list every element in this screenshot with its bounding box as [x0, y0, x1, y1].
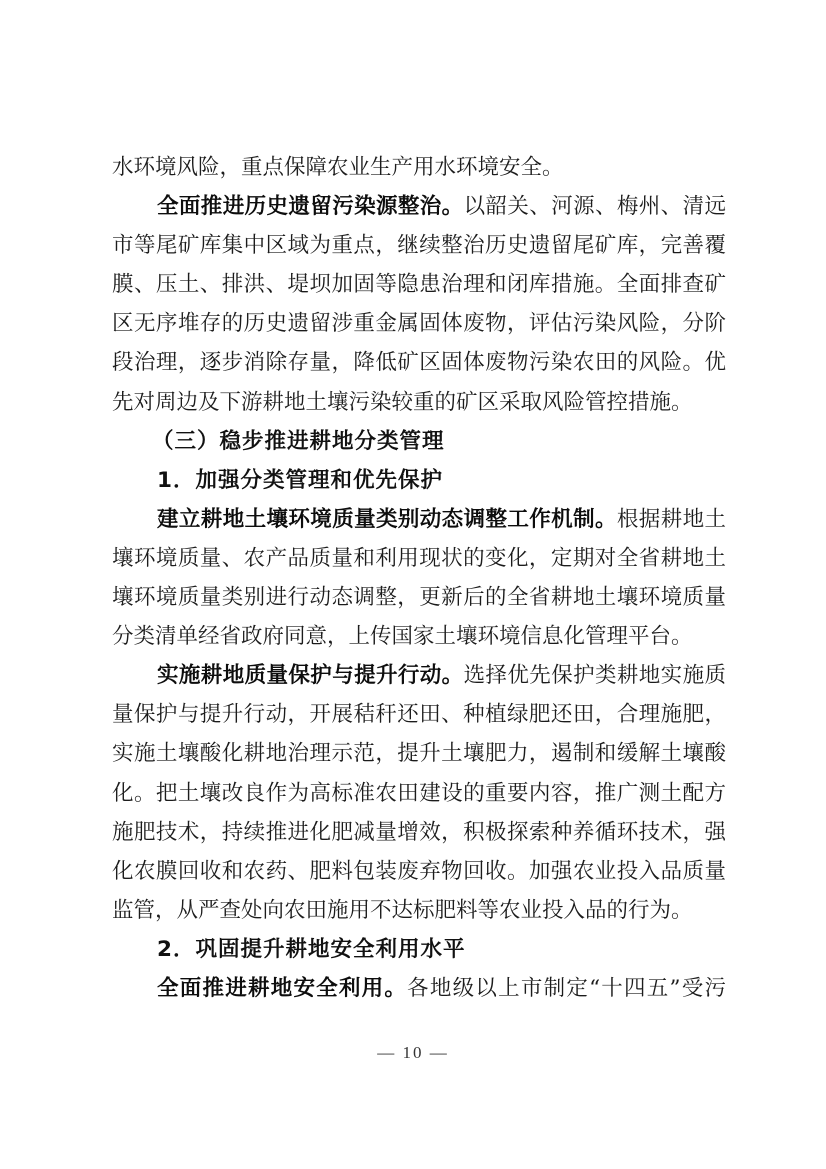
line-text: 分类清单经省政府同意，上传国家土壤环境信息化管理平台。	[112, 624, 693, 649]
paragraph-line: 监管，从严查处向农田施用不达标肥料等农业投入品的行为。	[112, 891, 726, 930]
paragraph-line: 量保护与提升行动，开展秸秆还田、种植绿肥还田，合理施肥，	[112, 695, 726, 734]
line-text: 监管，从严查处向农田施用不达标肥料等农业投入品的行为。	[112, 898, 693, 923]
paragraph-line: 化农膜回收和农药、肥料包装废弃物回收。加强农业投入品质量	[112, 852, 726, 891]
line-text: 化农膜回收和农药、肥料包装废弃物回收。加强农业投入品质量	[112, 859, 726, 884]
line-text: 市等尾矿库集中区域为重点，继续整治历史遗留尾矿库，完善覆	[112, 233, 726, 258]
paragraph-line: 段治理，逐步消除存量，降低矿区固体废物污染农田的风险。优	[112, 343, 726, 382]
paragraph-line: 先对周边及下游耕地土壤污染较重的矿区采取风险管控措施。	[112, 383, 726, 422]
line-text: 施肥技术，持续推进化肥减量增效，积极探索种养循环技术，强	[112, 820, 726, 845]
body-text: 水环境风险，重点保障农业生产用水环境安全。 全面推进历史遗留污染源整治。以韶关、…	[112, 148, 726, 1008]
subsection-heading: 2．巩固提升耕地安全利用水平	[112, 930, 726, 969]
paragraph-line: 壤环境质量、农产品质量和利用现状的变化，定期对全省耕地土	[112, 539, 726, 578]
paragraph-line: 市等尾矿库集中区域为重点，继续整治历史遗留尾矿库，完善覆	[112, 226, 726, 265]
line-text: 化。把土壤改良作为高标准农田建设的重要内容，推广测土配方	[112, 781, 726, 806]
line-text: 膜、压土、排洪、堤坝加固等隐患治理和闭库措施。全面排查矿	[112, 272, 726, 297]
line-text: 壤环境质量类别进行动态调整，更新后的全省耕地土壤环境质量	[112, 585, 726, 610]
paragraph-line: 分类清单经省政府同意，上传国家土壤环境信息化管理平台。	[112, 617, 726, 656]
paragraph-lead-bold: 全面推进耕地安全利用。	[157, 976, 407, 1001]
paragraph-line: 实施耕地质量保护与提升行动。选择优先保护类耕地实施质	[112, 656, 726, 695]
line-text: 壤环境质量、农产品质量和利用现状的变化，定期对全省耕地土	[112, 546, 726, 571]
line-text: 区无序堆存的历史遗留涉重金属固体废物，评估污染风险，分阶	[112, 311, 726, 336]
paragraph-line: 全面推进耕地安全利用。各地级以上市制定“十四五”受污	[112, 969, 726, 1008]
paragraph-line: 实施土壤酸化耕地治理示范，提升土壤肥力，遏制和缓解土壤酸	[112, 734, 726, 773]
paragraph-line: 全面推进历史遗留污染源整治。以韶关、河源、梅州、清远	[112, 187, 726, 226]
line-text: 实施土壤酸化耕地治理示范，提升土壤肥力，遏制和缓解土壤酸	[112, 741, 726, 766]
paragraph-line: 壤环境质量类别进行动态调整，更新后的全省耕地土壤环境质量	[112, 578, 726, 617]
subsection-heading-text: 1．加强分类管理和优先保护	[157, 468, 443, 493]
paragraph-line: 化。把土壤改良作为高标准农田建设的重要内容，推广测土配方	[112, 774, 726, 813]
line-text: 段治理，逐步消除存量，降低矿区固体废物污染农田的风险。优	[112, 350, 726, 375]
line-text: 水环境风险，重点保障农业生产用水环境安全。	[112, 155, 564, 180]
paragraph-line: 施肥技术，持续推进化肥减量增效，积极探索种养循环技术，强	[112, 813, 726, 852]
section-heading: （三）稳步推进耕地分类管理	[112, 422, 726, 461]
paragraph-line: 水环境风险，重点保障农业生产用水环境安全。	[112, 148, 726, 187]
line-text: 各地级以上市制定“十四五”受污	[407, 976, 726, 1001]
paragraph-line: 建立耕地土壤环境质量类别动态调整工作机制。根据耕地土	[112, 500, 726, 539]
paragraph-lead-bold: 实施耕地质量保护与提升行动。	[157, 663, 464, 688]
line-text: 根据耕地土	[617, 507, 726, 532]
paragraph-line: 区无序堆存的历史遗留涉重金属固体废物，评估污染风险，分阶	[112, 304, 726, 343]
line-text: 先对周边及下游耕地土壤污染较重的矿区采取风险管控措施。	[112, 390, 693, 415]
line-text: 以韶关、河源、梅州、清远	[464, 194, 726, 219]
paragraph-lead-bold: 全面推进历史遗留污染源整治。	[157, 194, 464, 219]
section-heading-text: （三）稳步推进耕地分类管理	[152, 429, 445, 454]
page-number: — 10 —	[0, 1043, 826, 1063]
paragraph-lead-bold: 建立耕地土壤环境质量类别动态调整工作机制。	[157, 507, 617, 532]
subsection-heading: 1．加强分类管理和优先保护	[112, 461, 726, 500]
line-text: 选择优先保护类耕地实施质	[464, 663, 726, 688]
document-page: 水环境风险，重点保障农业生产用水环境安全。 全面推进历史遗留污染源整治。以韶关、…	[0, 0, 826, 1169]
subsection-heading-text: 2．巩固提升耕地安全利用水平	[157, 937, 465, 962]
line-text: 量保护与提升行动，开展秸秆还田、种植绿肥还田，合理施肥，	[112, 702, 726, 727]
paragraph-line: 膜、压土、排洪、堤坝加固等隐患治理和闭库措施。全面排查矿	[112, 265, 726, 304]
